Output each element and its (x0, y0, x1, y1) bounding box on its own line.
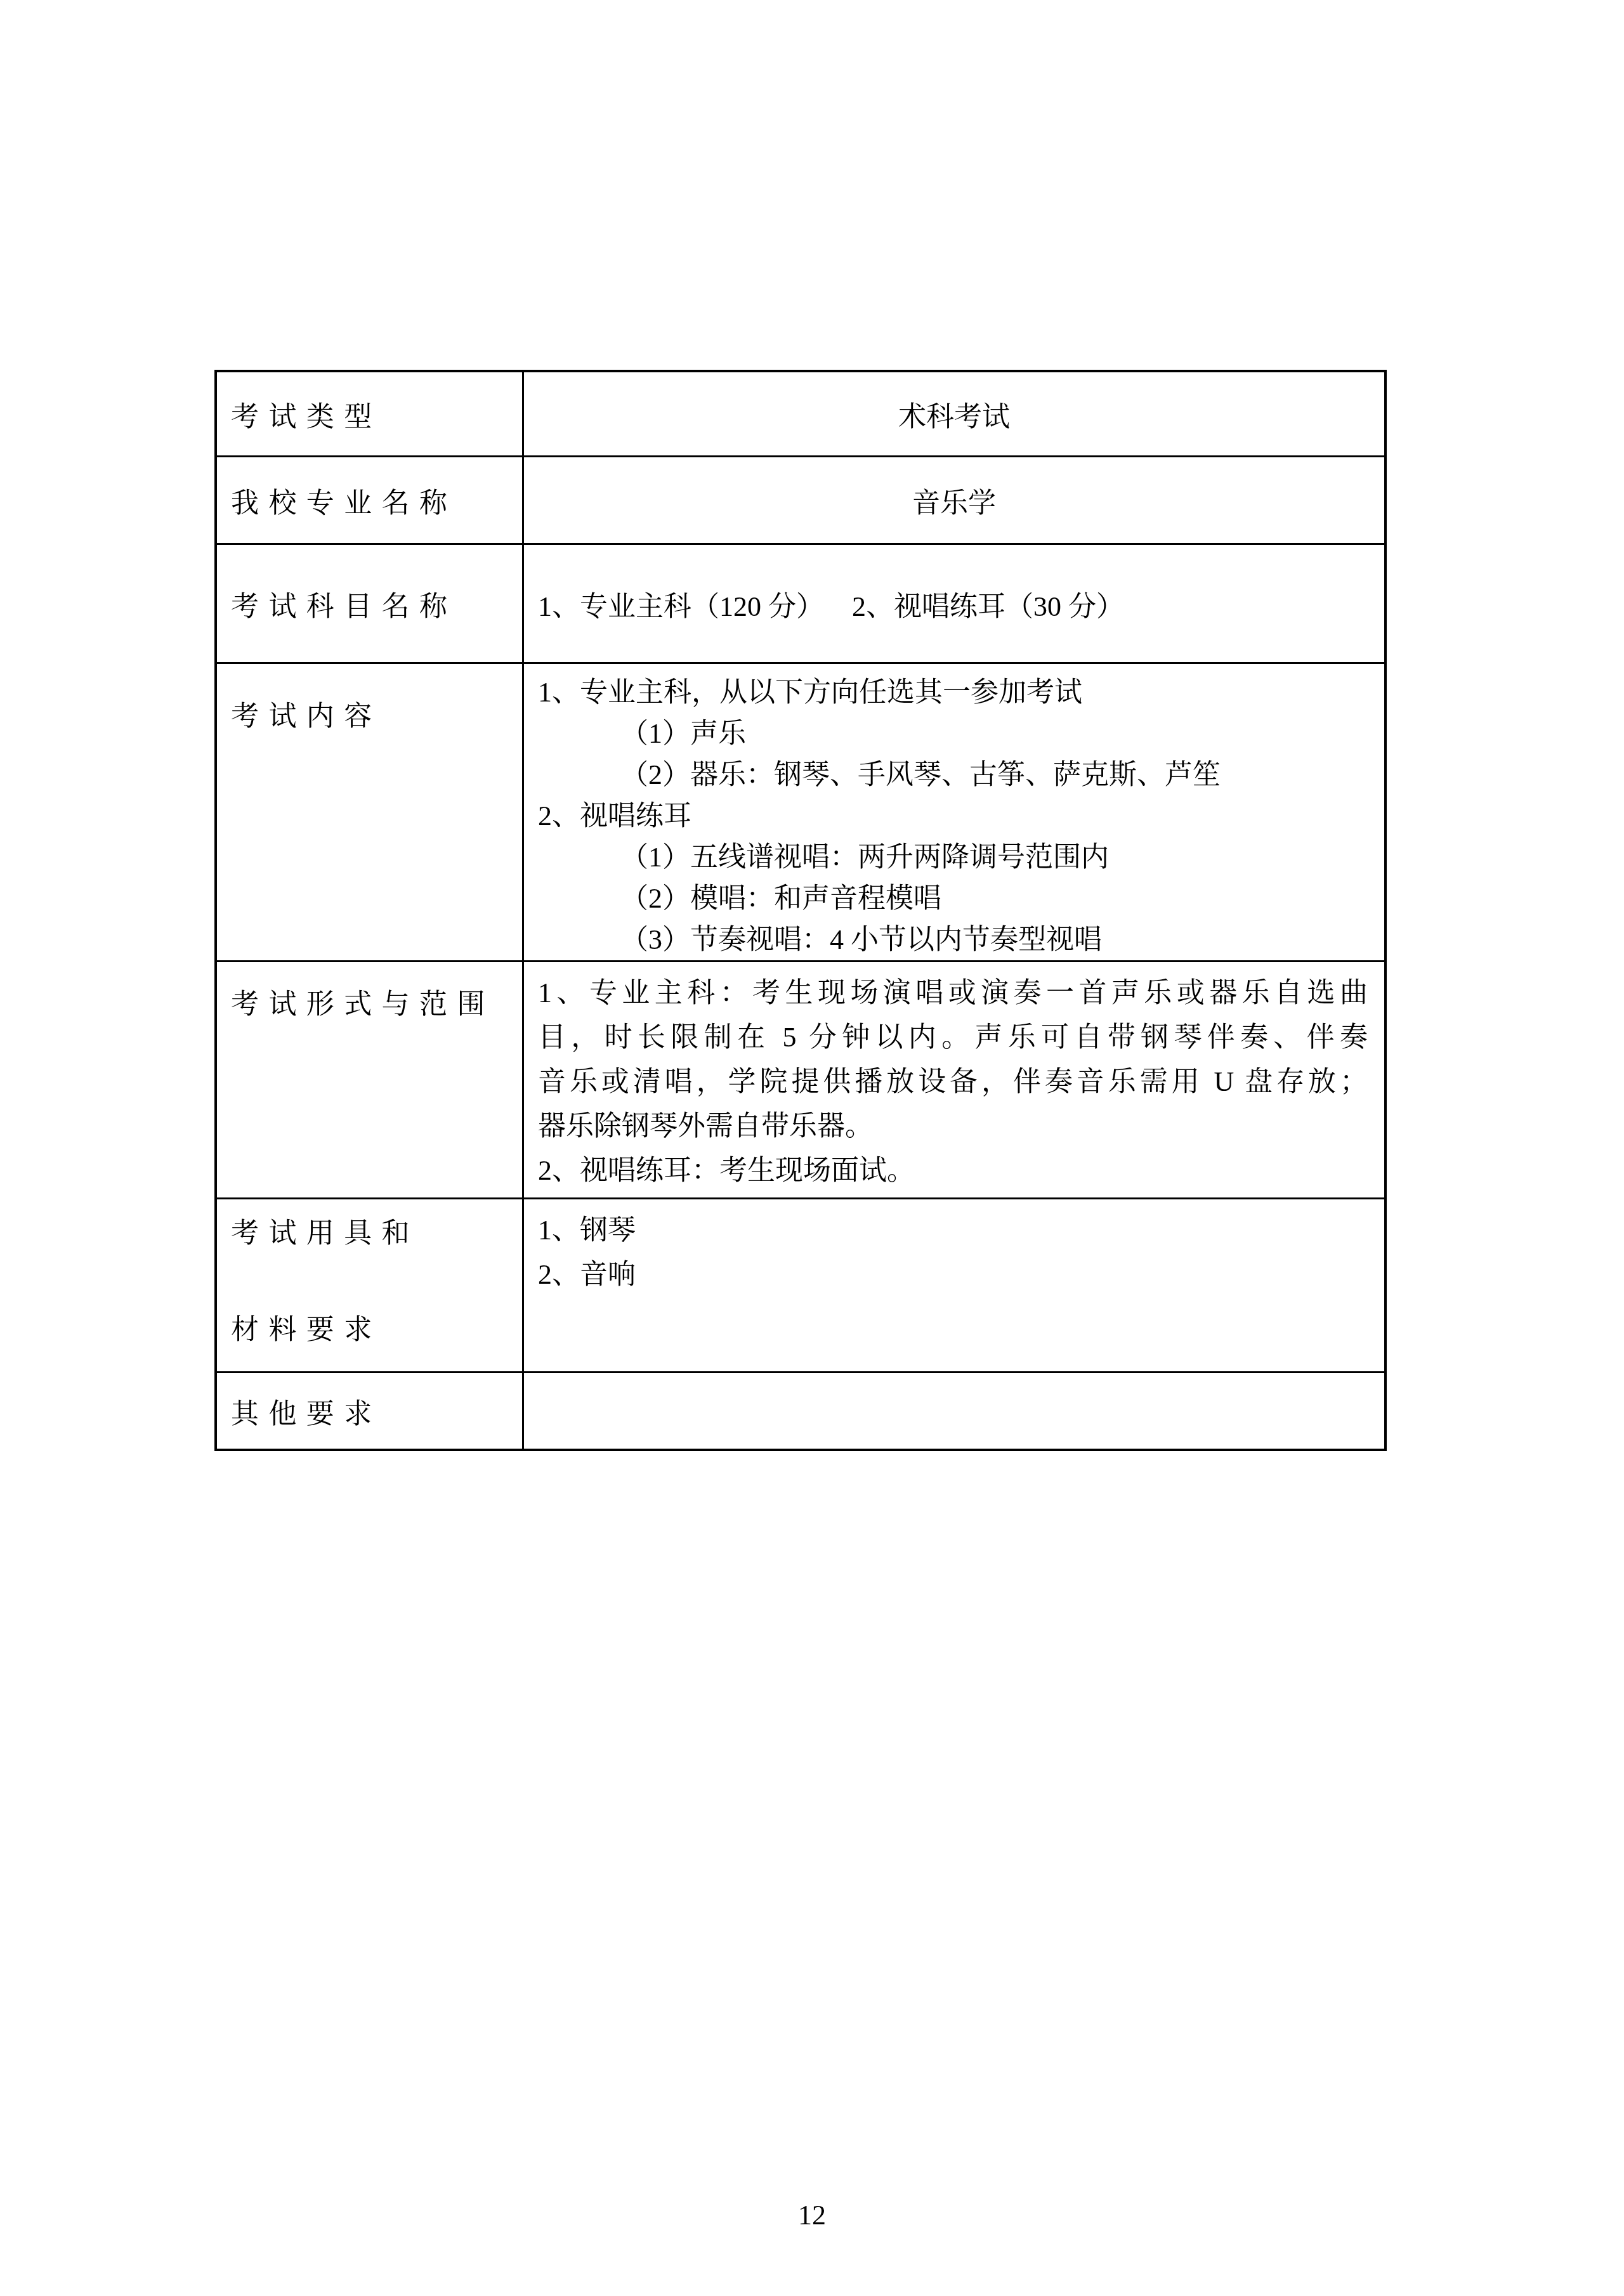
exam-format-line: 2、视唱练耳：考生现场面试。 (538, 1149, 1368, 1193)
equipment-row: 考试用具和 材料要求 1、钢琴 2、音响 (217, 1197, 1384, 1371)
exam-content-row: 考试内容 1、专业主科，从以下方向任选其一参加考试 （1）声乐 （2）器乐：钢琴… (217, 662, 1384, 960)
exam-content-line: 1、专业主科，从以下方向任选其一参加考试 (538, 672, 1384, 713)
subject-names-row: 考试科目名称 1、专业主科（120 分） 2、视唱练耳（30 分） (217, 543, 1384, 662)
equipment-value-cell: 1、钢琴 2、音响 (524, 1199, 1384, 1371)
exam-format-label: 考试形式与范围 (231, 981, 522, 1022)
exam-format-label-cell: 考试形式与范围 (217, 962, 524, 1197)
major-name-value: 音乐学 (912, 480, 996, 521)
major-name-row: 我校专业名称 音乐学 (217, 455, 1384, 543)
exam-type-label: 考试类型 (231, 394, 522, 434)
document-page: 考试类型 术科考试 我校专业名称 音乐学 考试科目名称 1、专业主科（120 分… (0, 0, 1624, 2296)
exam-format-line: 器乐除钢琴外需自带乐器。 (538, 1104, 1368, 1149)
major-name-label-cell: 我校专业名称 (217, 457, 524, 543)
equipment-line: 1、钢琴 (538, 1208, 1384, 1253)
major-name-label: 我校专业名称 (231, 480, 522, 521)
major-name-value-cell: 音乐学 (524, 457, 1384, 543)
exam-type-row: 考试类型 术科考试 (217, 372, 1384, 455)
exam-content-line: （1）五线谱视唱：两升两降调号范围内 (538, 837, 1384, 878)
exam-content-label-cell: 考试内容 (217, 664, 524, 960)
subject-names-label-cell: 考试科目名称 (217, 545, 524, 662)
subject-names-value-cell: 1、专业主科（120 分） 2、视唱练耳（30 分） (524, 545, 1384, 662)
exam-content-label: 考试内容 (231, 693, 522, 734)
equipment-label-line2: 材料要求 (231, 1316, 522, 1344)
other-requirements-row: 其他要求 (217, 1371, 1384, 1449)
other-requirements-value-cell (524, 1373, 1384, 1449)
exam-type-label-cell: 考试类型 (217, 372, 524, 455)
other-requirements-label-cell: 其他要求 (217, 1373, 524, 1449)
equipment-line: 2、音响 (538, 1253, 1384, 1297)
exam-content-line: （3）节奏视唱：4 小节以内节奏型视唱 (538, 919, 1384, 960)
equipment-label-cell: 考试用具和 材料要求 (217, 1199, 524, 1371)
exam-content-value-cell: 1、专业主科，从以下方向任选其一参加考试 （1）声乐 （2）器乐：钢琴、手风琴、… (524, 664, 1384, 960)
other-requirements-label: 其他要求 (231, 1391, 522, 1432)
exam-format-line: 音乐或清唱，学院提供播放设备，伴奏音乐需用 U 盘存放； (538, 1060, 1368, 1104)
exam-format-line: 目，时长限制在 5 分钟以内。声乐可自带钢琴伴奏、伴奏 (538, 1015, 1368, 1060)
exam-format-row: 考试形式与范围 1、专业主科：考生现场演唱或演奏一首声乐或器乐自选曲 目，时长限… (217, 960, 1384, 1197)
subject-names-label: 考试科目名称 (231, 584, 522, 624)
subject-names-value: 1、专业主科（120 分） 2、视唱练耳（30 分） (538, 584, 1384, 624)
exam-type-value-cell: 术科考试 (524, 372, 1384, 455)
exam-content-line: 2、视唱练耳 (538, 795, 1384, 837)
exam-type-value: 术科考试 (898, 394, 1010, 434)
page-number: 12 (0, 2199, 1624, 2231)
exam-content-line: （1）声乐 (538, 713, 1384, 754)
exam-content-line: （2）器乐：钢琴、手风琴、古筝、萨克斯、芦笙 (538, 754, 1384, 795)
exam-format-value-cell: 1、专业主科：考生现场演唱或演奏一首声乐或器乐自选曲 目，时长限制在 5 分钟以… (524, 962, 1384, 1197)
exam-content-line: （2）模唱：和声音程模唱 (538, 878, 1384, 919)
exam-format-line: 1、专业主科：考生现场演唱或演奏一首声乐或器乐自选曲 (538, 971, 1368, 1015)
exam-info-table: 考试类型 术科考试 我校专业名称 音乐学 考试科目名称 1、专业主科（120 分… (214, 370, 1387, 1451)
equipment-label-line1: 考试用具和 (231, 1220, 522, 1248)
